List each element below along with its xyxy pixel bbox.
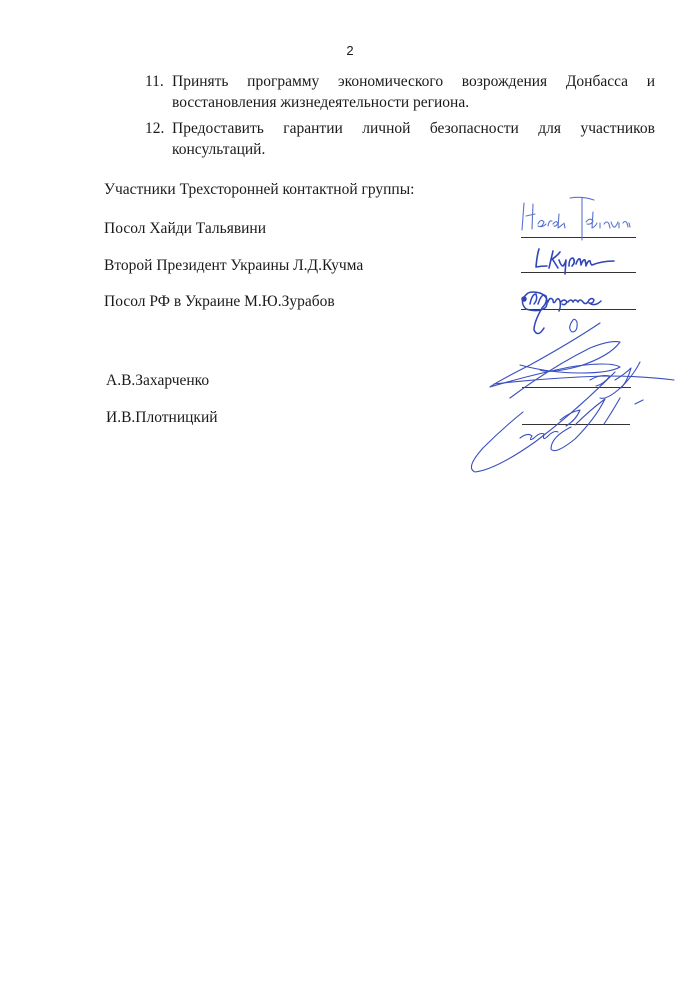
signature-tagliavini-icon: [522, 197, 630, 240]
signature-zakharchenko-icon: [490, 319, 674, 398]
signature-zurabov-icon: [522, 292, 601, 334]
signature-plotnitsky-icon: [471, 372, 643, 472]
signatures-ink: [0, 0, 700, 990]
signature-kuchma-icon: [536, 249, 614, 274]
